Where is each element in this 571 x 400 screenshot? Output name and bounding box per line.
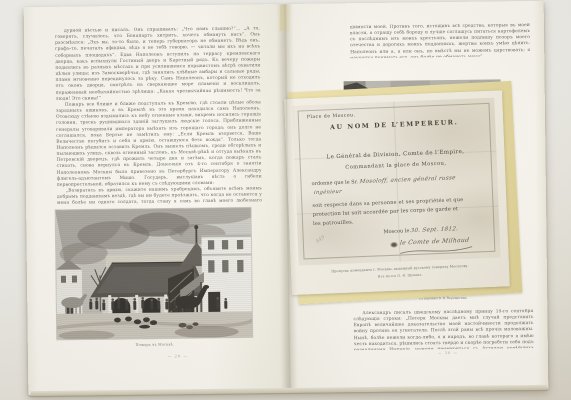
order-handwritten-line2: ingénieur [313,189,342,196]
engraving-image [55,207,253,339]
body-paragraph: „Возвратясь въ армію, скажите нашимъ хра… [57,186,262,206]
right-page-number: — 30 — [378,350,518,356]
body-paragraph: шимости моей. Противъ того, истощивъ всѣ… [350,23,530,58]
left-page: дурной вѣстью и писалъ. Онъ спрашивалъ: … [24,4,289,395]
right-page-bottom-text: Александръ писалъ шведскому наслѣдному п… [353,309,533,350]
pass-document: Place de Moscou. AU NOM DE L’EMPEREUR. L… [292,98,500,266]
signature-flourish [398,245,476,258]
body-paragraph: дурной вѣстью и писалъ. Онъ спрашивалъ: … [55,26,261,102]
right-page-top-text: шимости моей. Противъ того, истощивъ всѣ… [350,23,530,58]
facsimile-plate: Place de Moscou. AU NOM DE L’EMPEREUR. L… [284,90,510,295]
book-spread: дурной вѣстью и писалъ. Онъ спрашивалъ: … [24,1,549,395]
moscow-fire-engraving [55,207,253,339]
body-paragraph: Пожаръ все ближе и ближе подступалъ къ К… [56,100,262,189]
date-printed: Moscou le [383,228,409,235]
body-paragraph: Александръ писалъ шведскому наслѣдному п… [353,309,533,350]
left-page-number: — 29 — [108,353,248,359]
engraving-caption: Пожаръ въ Москвѣ. [57,341,253,347]
book-photograph: дурной вѣстью и писалъ. Онъ спрашивалъ: … [0,0,571,400]
left-page-text: дурной вѣстью и писалъ. Онъ спрашивалъ: … [55,26,262,206]
